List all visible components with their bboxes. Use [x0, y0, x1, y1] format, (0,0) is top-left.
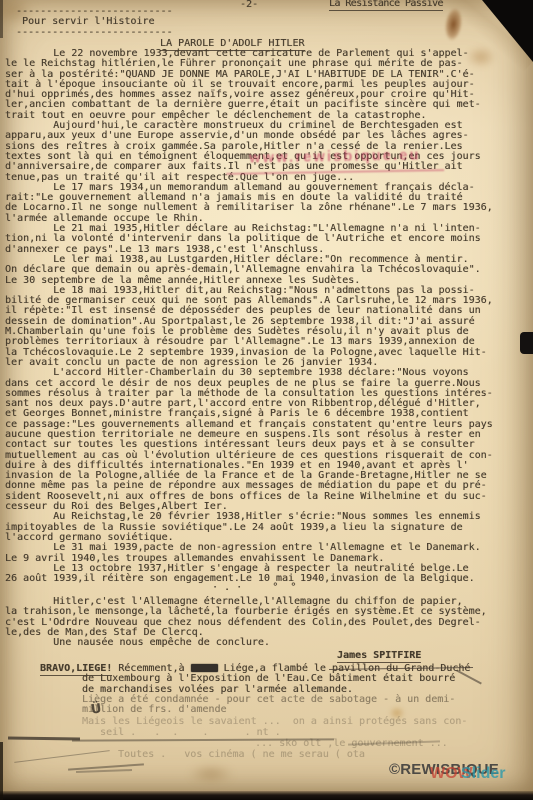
text-line: Une nausée nous empêche de conclure. [5, 638, 529, 648]
redacted-word [191, 664, 218, 672]
ghost-text-line: seil . . . . . nt . [100, 727, 281, 738]
kicker: -------------------------- Pour servir l… [16, 7, 173, 38]
scanned-document-page: -2- La Resistance Passive --------------… [0, 0, 533, 800]
red-ink-stamp: www.rewisbique.eu [226, 147, 444, 175]
section-separator: · . · ° ° [212, 583, 296, 593]
text-line: Le 31 mai 1939,pacte de non-agression en… [5, 543, 529, 553]
bravo-lines: de Luxembourg à l'Exposition de l'Eau.Ce… [40, 674, 470, 695]
masthead-title: La Resistance Passive [329, 0, 443, 11]
ink-blob [520, 332, 533, 354]
pencil-mark: Ü [90, 701, 103, 717]
ghost-text-line: Mais les Liégeois le savaient ... on a a… [82, 716, 467, 727]
article-body: Le 22 novembre 1933,devant cette caricat… [5, 49, 529, 584]
bravo-faded-lines: Liège a été condamnée - pour cet acte de… [40, 695, 470, 716]
photo-edge-bottom [0, 791, 533, 800]
signature-text: James SPITFIRE [337, 650, 421, 663]
wowslider-watermark-slider: Slider [461, 765, 505, 783]
ghost-text-line: Toutes . vos cinéma ( ne me serau ( ota [118, 749, 365, 760]
text-line: L'accord Hitler-Chamberlain du 30 septem… [5, 368, 529, 378]
photo-edge-left [0, 0, 3, 38]
page-number: -2- [240, 0, 258, 10]
bravo-struck-text: pavillon du Grand-Duché [332, 663, 470, 674]
signature: James SPITFIRE [337, 650, 421, 661]
text-line: On déclare que demain ou après-demain,l'… [5, 265, 529, 275]
bravo-liege-item: BRAVO,LIEGE! Récemment,à Liége,a flambé … [40, 664, 470, 715]
text-line: million de frs. d'amende [82, 705, 470, 715]
article-closing: Hitler,c'est l'Allemagne éternelle,l'All… [5, 597, 529, 648]
photo-edge-left [0, 742, 3, 800]
dash-rule: -------------------------- [16, 28, 173, 38]
masthead: La Resistance Passive [329, 0, 443, 9]
